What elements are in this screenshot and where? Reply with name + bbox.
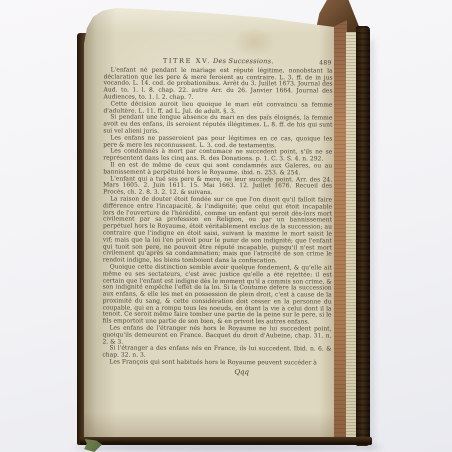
paragraph: L'enfant né pendant le mariage est réput… [104, 67, 333, 102]
photo-background: TITRE XV. Des Successions. 489 L'enfant … [0, 0, 452, 452]
book-page: TITRE XV. Des Successions. 489 L'enfant … [84, 8, 334, 442]
signature-mark: Qqq [234, 369, 331, 376]
book-bottom-cover-edge [80, 437, 372, 445]
paragraph: L'enfant qui a tué ses pere & mere, ne l… [103, 176, 332, 197]
paragraph: Quoique cette distinction semble avoir q… [103, 264, 332, 326]
paragraph: Les enfans de l'étranger nés hors le Roy… [102, 326, 331, 347]
page-text-block: TITRE XV. Des Successions. 489 L'enfant … [102, 58, 332, 377]
paragraph: Si pendant une longue absence du mari en… [103, 115, 332, 136]
paragraph: La raison de douter étoit fondée sur ce … [103, 196, 332, 265]
paragraph: Les François qui sont habitués hors le R… [102, 360, 331, 368]
page-number: 489 [319, 60, 331, 67]
running-header: TITRE XV. Des Successions. 489 [104, 58, 333, 66]
book-right-cover-board [356, 26, 370, 446]
header-title: TITRE XV. [163, 57, 211, 65]
header-section: Des Successions. [213, 57, 274, 65]
